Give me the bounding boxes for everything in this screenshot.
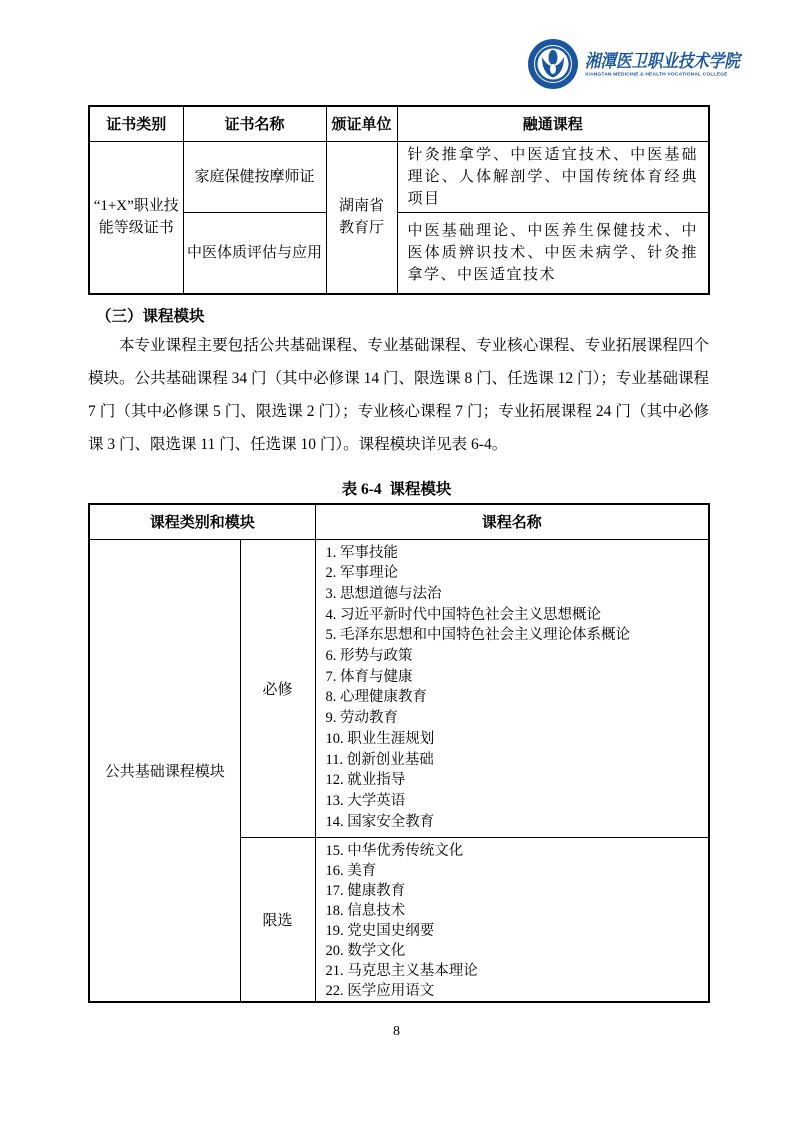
module-table-title: 表 6-4 课程模块 [0,477,793,499]
module-table-header-row: 课程类别和模块 课程名称 [89,504,709,539]
course-list-cell: 15. 中华优秀传统文化 16. 美育 17. 健康教育 18. 信息技术 19… [315,837,709,1002]
college-name-cn: 湘潭医卫职业技术学院 [585,50,740,72]
cert-header-name: 证书名称 [183,106,326,141]
page-number: 8 [0,1024,793,1040]
section-heading: （三）课程模块 [96,304,205,326]
college-name: 湘潭医卫职业技术学院 XIANGTAN MEDICINE & HEALTH VO… [585,50,765,78]
module-type-cell: 必修 [240,539,315,837]
college-name-en: XIANGTAN MEDICINE & HEALTH VOCATIONAL CO… [585,72,733,77]
cert-courses-cell: 中医基础理论、中医养生保健技术、中医体质辨识技术、中医未病学、针灸推拿学、中医适… [397,212,709,294]
module-type-cell: 限选 [240,837,315,1002]
cert-issuer-cell: 湖南省 教育厅 [326,141,397,294]
cert-name-cell: 中医体质评估与应用 [183,212,326,294]
module-header-category: 课程类别和模块 [89,504,315,539]
cert-header-category: 证书类别 [89,106,183,141]
section-paragraph: 本专业课程主要包括公共基础课程、专业基础课程、专业核心课程、专业拓展课程四个模块… [88,329,709,461]
certificate-table-header-row: 证书类别 证书名称 颁证单位 融通课程 [89,106,709,141]
module-header-course-name: 课程名称 [315,504,709,539]
certificate-table: 证书类别 证书名称 颁证单位 融通课程 “1+X”职业技 能等级证书 家庭保健按… [88,105,710,295]
certificate-row-1: “1+X”职业技 能等级证书 家庭保健按摩师证 湖南省 教育厅 针灸推拿学、中医… [89,141,709,212]
module-table: 课程类别和模块 课程名称 公共基础课程模块 必修 1. 军事技能 2. 军事理论… [88,503,710,1003]
course-list-cell: 1. 军事技能 2. 军事理论 3. 思想道德与法治 4. 习近平新时代中国特色… [315,539,709,837]
college-logo: 湘潭医卫职业技术学院 XIANGTAN MEDICINE & HEALTH VO… [527,38,765,90]
cert-header-courses: 融通课程 [397,106,709,141]
cert-courses-cell: 针灸推拿学、中医适宜技术、中医基础理论、人体解剖学、中国传统体育经典项目 [397,141,709,212]
module-row-required: 公共基础课程模块 必修 1. 军事技能 2. 军事理论 3. 思想道德与法治 4… [89,539,709,837]
module-group-cell: 公共基础课程模块 [89,539,240,1002]
college-emblem-icon [527,38,579,90]
cert-name-cell: 家庭保健按摩师证 [183,141,326,212]
document-page: 湘潭医卫职业技术学院 XIANGTAN MEDICINE & HEALTH VO… [0,0,793,1122]
cert-header-issuer: 颁证单位 [326,106,397,141]
cert-category-cell: “1+X”职业技 能等级证书 [89,141,183,294]
